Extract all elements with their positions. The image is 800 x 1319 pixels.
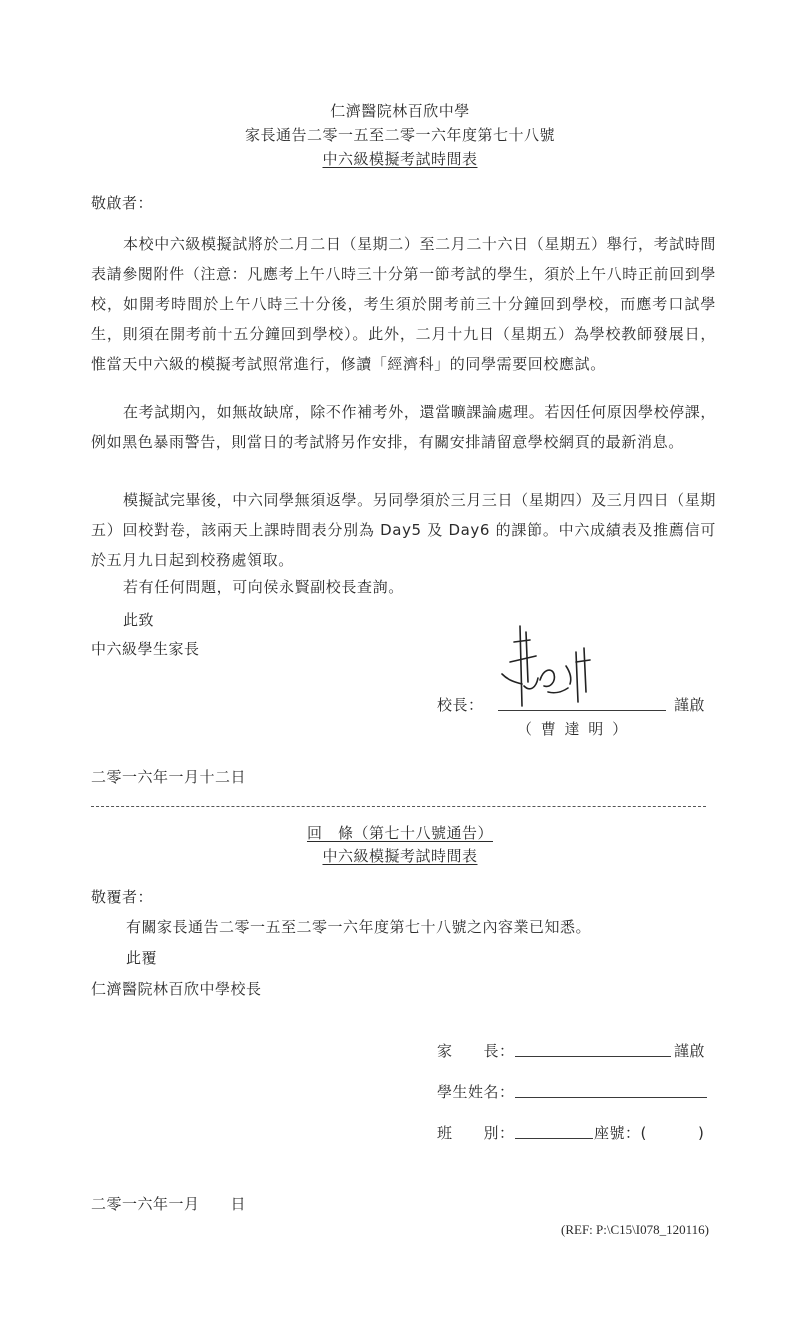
principal-label: 校長： [437,694,484,716]
reply-date: 二零一六年一月 日 [91,1193,246,1215]
parent-signature-field[interactable] [515,1056,671,1057]
paragraph-3-text: 模擬試完畢後，中六同學無須返學。另同學須於三月三日（星期四）及三月四日（星期五）… [91,491,716,569]
document-title: 中六級模擬考試時間表 [0,148,800,170]
principal-signature-line [498,710,666,711]
paragraph-4: 若有任何問題，可向侯永賢副校長查詢。 [91,572,716,602]
school-name: 仁濟醫院林百欣中學 [0,100,800,122]
reply-recipient: 仁濟醫院林百欣中學校長 [91,978,262,1000]
reply-slip-title: 回 條（第七十八號通告） [0,822,800,844]
reply-closing: 此覆 [126,947,157,969]
document-title-text: 中六級模擬考試時間表 [322,150,477,168]
reply-salutation: 敬覆者： [91,886,153,908]
paragraph-4-text: 若有任何問題，可向侯永賢副校長查詢。 [123,578,404,596]
paragraph-1: 本校中六級模擬試將於二月二日（星期二）至二月二十六日（星期五）舉行，考試時間表請… [91,229,716,379]
reply-body: 有關家長通告二零一五至二零一六年度第七十八號之內容業已知悉。 [126,916,591,938]
document-page: 仁濟醫院林百欣中學 家長通告二零一五至二零一六年度第七十八號 中六級模擬考試時間… [0,0,800,1319]
reference-code: (REF: P:\C15\I078_120116) [561,1222,709,1238]
reply-slip-subtitle-text: 中六級模擬考試時間表 [322,847,477,865]
reply-slip-subtitle: 中六級模擬考試時間表 [0,845,800,867]
letter-closing: 此致 [123,609,154,631]
parent-field-label: 家 長： [437,1040,515,1062]
seat-number-field[interactable] [655,1120,695,1142]
notice-number: 家長通告二零一五至二零一六年度第七十八號 [0,124,800,146]
paragraph-2-text: 在考試期內，如無故缺席，除不作補考外，還當曠課論處理。若因任何原因學校停課，例如… [91,403,716,451]
paragraph-3: 模擬試完畢後，中六同學無須返學。另同學須於三月三日（星期四）及三月四日（星期五）… [91,485,716,575]
reply-slip-title-text: 回 條（第七十八號通告） [307,824,493,842]
student-name-label: 學生姓名： [437,1081,515,1103]
seat-number-label: 座號：( [594,1122,647,1144]
letter-salutation: 敬啟者： [91,192,153,214]
cut-line-divider [91,806,706,807]
principal-signature-icon [500,622,610,712]
letter-recipient: 中六級學生家長 [91,638,200,660]
paragraph-1-text: 本校中六級模擬試將於二月二日（星期二）至二月二十六日（星期五）舉行，考試時間表請… [91,235,716,373]
parent-field-suffix: 謹啟 [674,1040,705,1062]
letter-date: 二零一六年一月十二日 [91,766,246,788]
student-name-field[interactable] [515,1097,707,1098]
paragraph-2: 在考試期內，如無故缺席，除不作補考外，還當曠課論處理。若因任何原因學校停課，例如… [91,397,716,457]
principal-name: （ 曹 達 明 ） [517,718,629,740]
seat-number-close: ) [698,1122,704,1144]
class-field[interactable] [515,1138,593,1139]
class-label: 班 別： [437,1122,515,1144]
principal-suffix: 謹啟 [674,694,705,716]
